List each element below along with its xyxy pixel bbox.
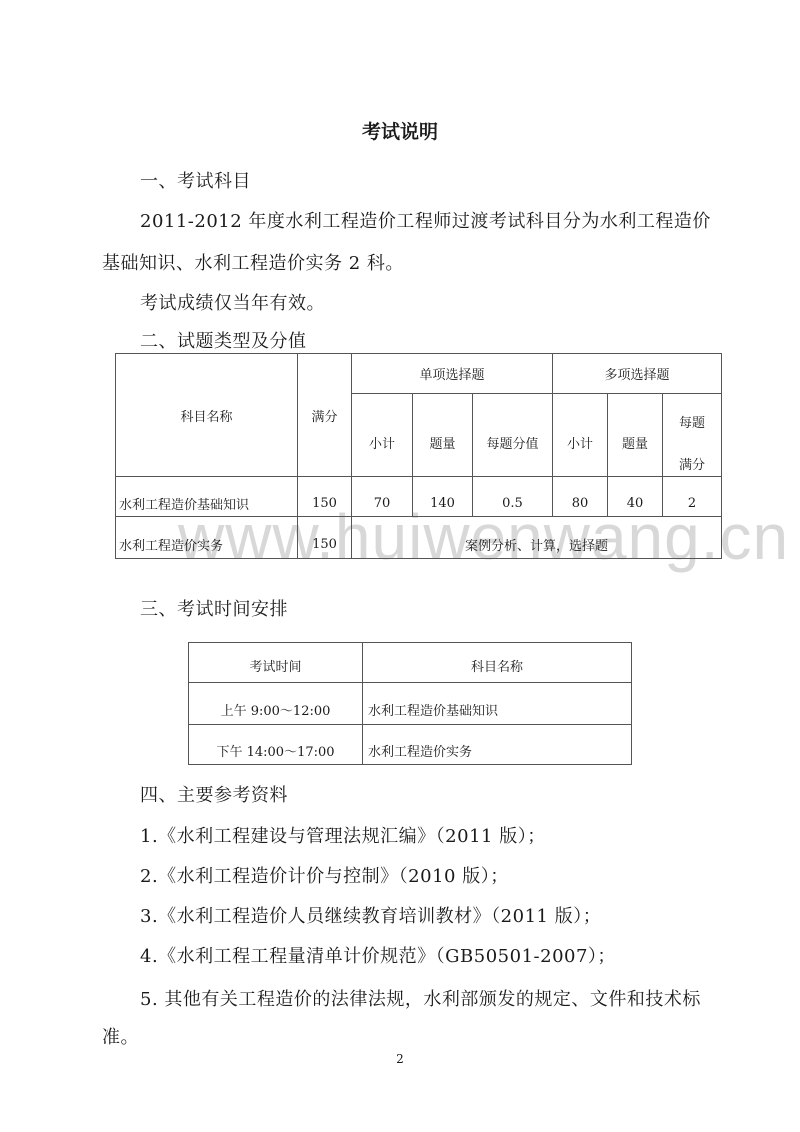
reference-item-2: 2.《水利工程造价计价与控制》（2010 版）；: [140, 862, 509, 888]
schedule-row1-subject: 水利工程造价基础知识: [365, 696, 631, 722]
schedule-row2-time: 下午 14:00～17:00: [189, 737, 362, 763]
reference-item-4: 4.《水利工程工程量清单计价规范》（GB50501-2007）；: [140, 942, 616, 968]
reference-item-5-continued: 准。: [102, 1023, 139, 1049]
schedule-row2-subject: 水利工程造价实务: [365, 737, 631, 763]
header-exam-time: 考试时间: [189, 652, 362, 678]
reference-item-3: 3.《水利工程造价人员继续教育培训教材》（2011 版）；: [140, 902, 601, 928]
header-subject-name: 科目名称: [363, 652, 631, 678]
schedule-table: 考试时间 科目名称 上午 9:00～12:00 水利工程造价基础知识 下午 14…: [0, 0, 800, 800]
page-number: 2: [0, 1052, 800, 1066]
reference-item-1: 1.《水利工程建设与管理法规汇编》（2011 版）；: [140, 822, 546, 848]
reference-item-5: 5. 其他有关工程造价的法律法规，水利部颁发的规定、文件和技术标: [140, 985, 701, 1011]
schedule-row1-time: 上午 9:00～12:00: [189, 696, 362, 722]
